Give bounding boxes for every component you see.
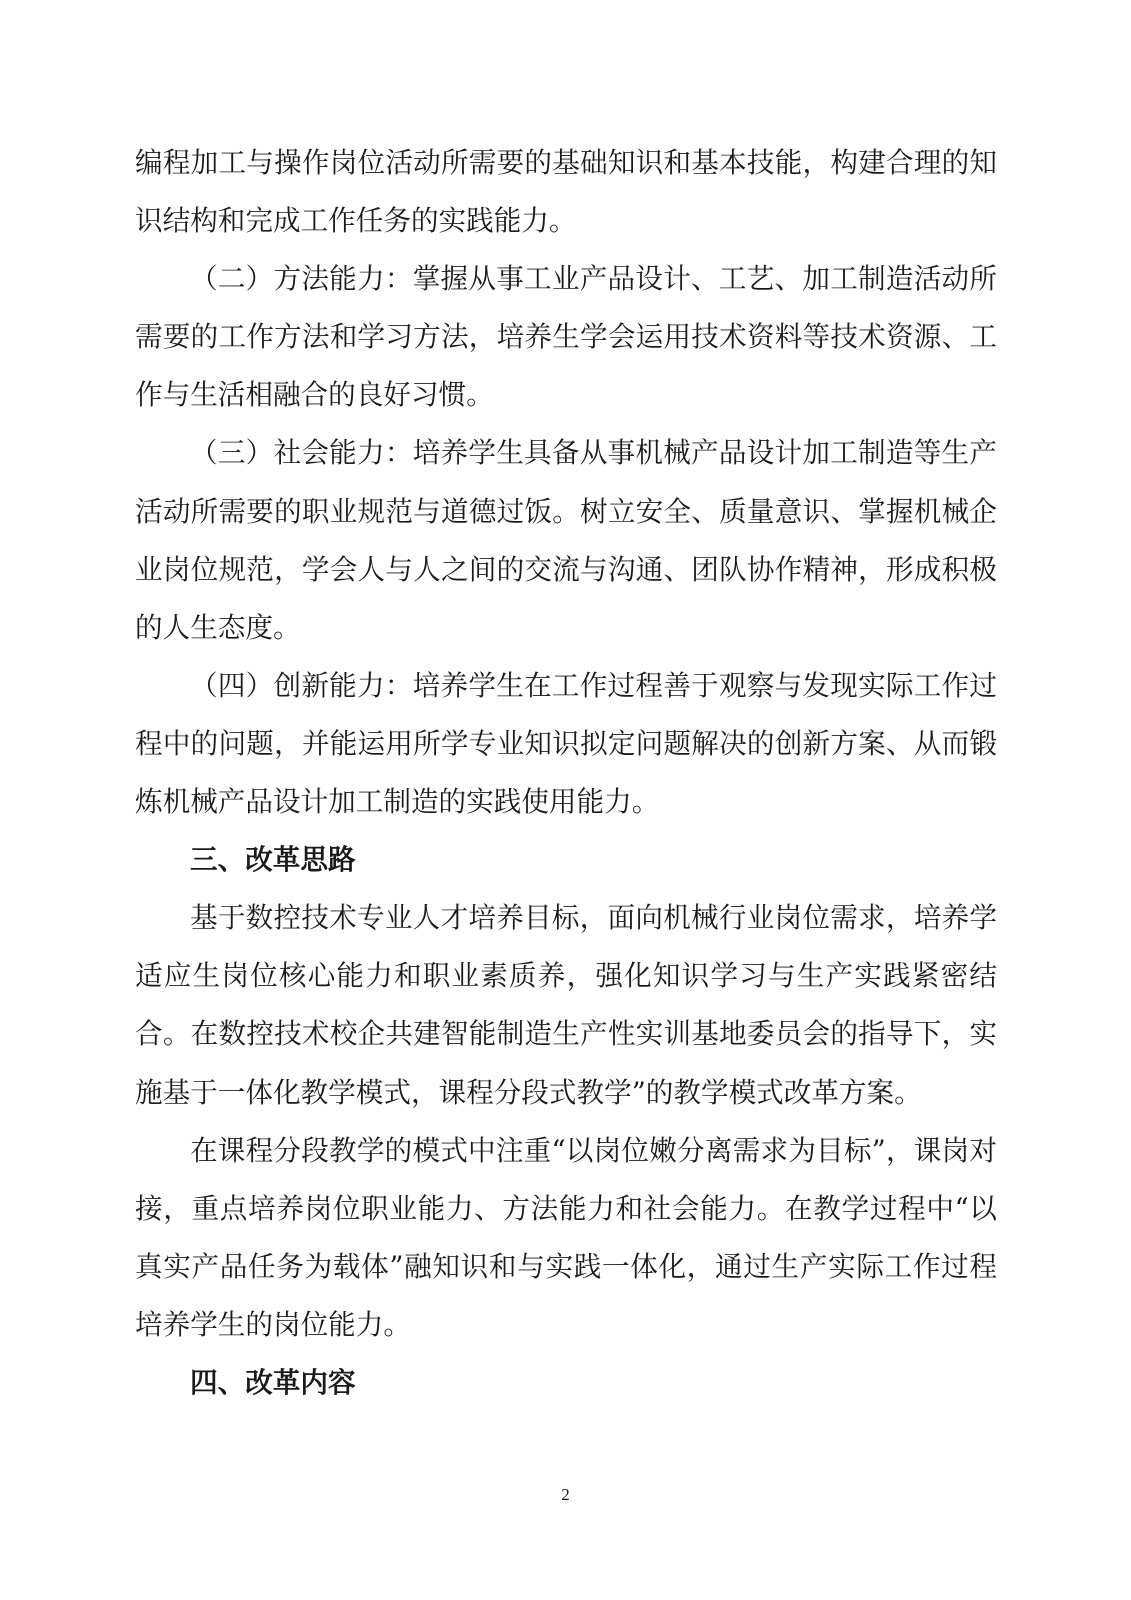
page-number: 2	[0, 1485, 1131, 1505]
paragraph-social-ability: （三）社会能力：培养学生具备从事机械产品设计加工制造等生产活动所需要的职业规范与…	[135, 424, 997, 656]
paragraph-segmented-teaching: 在课程分段教学的模式中注重“以岗位嫩分离需求为目标”，课岗对接，重点培养岗位职业…	[135, 1122, 997, 1354]
paragraph-reform-ideas: 基于数控技术专业人才培养目标，面向机械行业岗位需求，培养学适应生岗位核心能力和职…	[135, 889, 997, 1121]
paragraph-innovation-ability: （四）创新能力：培养学生在工作过程善于观察与发现实际工作过程中的问题，并能运用所…	[135, 657, 997, 831]
paragraph-method-ability: （二）方法能力：掌握从事工业产品设计、工艺、加工制造活动所需要的工作方法和学习方…	[135, 250, 997, 424]
section-heading-reform-content: 四、改革内容	[135, 1354, 997, 1412]
document-page: 编程加工与操作岗位活动所需要的基础知识和基本技能，构建合理的知识结构和完成工作任…	[0, 0, 1131, 1600]
document-body: 编程加工与操作岗位活动所需要的基础知识和基本技能，构建合理的知识结构和完成工作任…	[135, 134, 997, 1412]
paragraph-continuation: 编程加工与操作岗位活动所需要的基础知识和基本技能，构建合理的知识结构和完成工作任…	[135, 134, 997, 250]
section-heading-reform-ideas: 三、改革思路	[135, 831, 997, 889]
